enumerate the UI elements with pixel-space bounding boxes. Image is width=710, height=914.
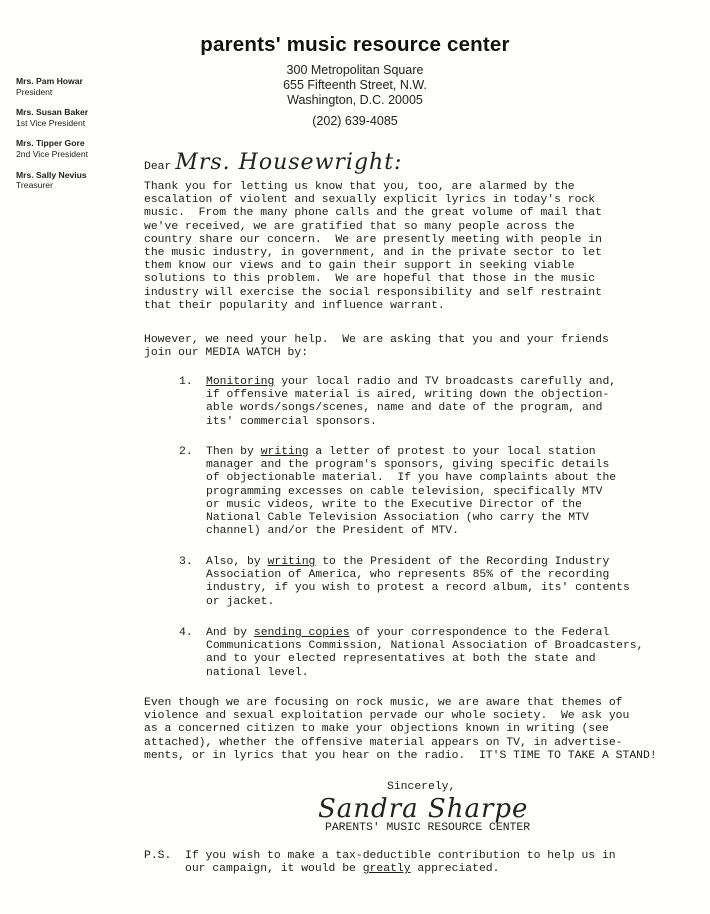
item-underlined-verb: writing	[261, 446, 309, 458]
officer-name: Mrs. Sally Nevius	[16, 170, 136, 181]
officers-list: Mrs. Pam Howar President Mrs. Susan Bake…	[16, 76, 136, 201]
item-underlined-verb: sending copies	[254, 627, 350, 639]
item-number: 2.	[179, 446, 193, 459]
phone-number: (202) 639-4085	[255, 114, 455, 129]
officer-entry: Mrs. Tipper Gore 2nd Vice President	[16, 138, 136, 159]
body-paragraph-2: However, we need your help. We are askin…	[144, 334, 609, 360]
letterhead-address: 300 Metropolitan Square 655 Fifteenth St…	[255, 63, 455, 129]
officer-role: 2nd Vice President	[16, 149, 136, 160]
address-line-1: 300 Metropolitan Square	[255, 63, 455, 78]
salutation-prefix: Dear	[144, 161, 171, 173]
handwritten-recipient-name: Mrs. Housewright:	[175, 150, 402, 175]
item-text: And by sending copies of your correspond…	[206, 627, 643, 680]
address-line-3: Washington, D.C. 20005	[255, 93, 455, 108]
letter-page: parents' music resource center 300 Metro…	[0, 0, 710, 914]
officer-entry: Mrs. Sally Nevius Treasurer	[16, 170, 136, 191]
item-text: Also, by writing to the President of the…	[206, 556, 630, 609]
body-paragraph-1: Thank you for letting us know that you, …	[144, 181, 602, 313]
officer-name: Mrs. Pam Howar	[16, 76, 136, 87]
item-underlined-verb: Monitoring	[206, 376, 274, 388]
organization-title: parents' music resource center	[0, 33, 710, 57]
item-text: Monitoring your local radio and TV broad…	[206, 376, 616, 429]
body-paragraph-3: Even though we are focusing on rock musi…	[144, 697, 657, 763]
officer-role: 1st Vice President	[16, 118, 136, 129]
officer-entry: Mrs. Pam Howar President	[16, 76, 136, 97]
signature-organization: PARENTS' MUSIC RESOURCE CENTER	[325, 822, 530, 835]
item-number: 4.	[179, 627, 193, 640]
officer-name: Mrs. Susan Baker	[16, 107, 136, 118]
item-text: Then by writing a letter of protest to y…	[206, 446, 616, 538]
item-underlined-verb: writing	[268, 556, 316, 568]
valediction: Sincerely,	[387, 781, 455, 794]
salutation: DearMrs. Housewright:	[144, 150, 402, 175]
item-number: 3.	[179, 556, 193, 569]
item-number: 1.	[179, 376, 193, 389]
address-line-2: 655 Fifteenth Street, N.W.	[255, 78, 455, 93]
postscript-text: If you wish to make a tax-deductible con…	[185, 850, 616, 876]
officer-role: Treasurer	[16, 180, 136, 191]
officer-role: President	[16, 87, 136, 98]
officer-name: Mrs. Tipper Gore	[16, 138, 136, 149]
postscript-underlined-word: greatly	[363, 863, 411, 875]
postscript-label: P.S.	[144, 850, 171, 863]
handwritten-signature: Sandra Sharpe	[318, 794, 528, 824]
officer-entry: Mrs. Susan Baker 1st Vice President	[16, 107, 136, 128]
